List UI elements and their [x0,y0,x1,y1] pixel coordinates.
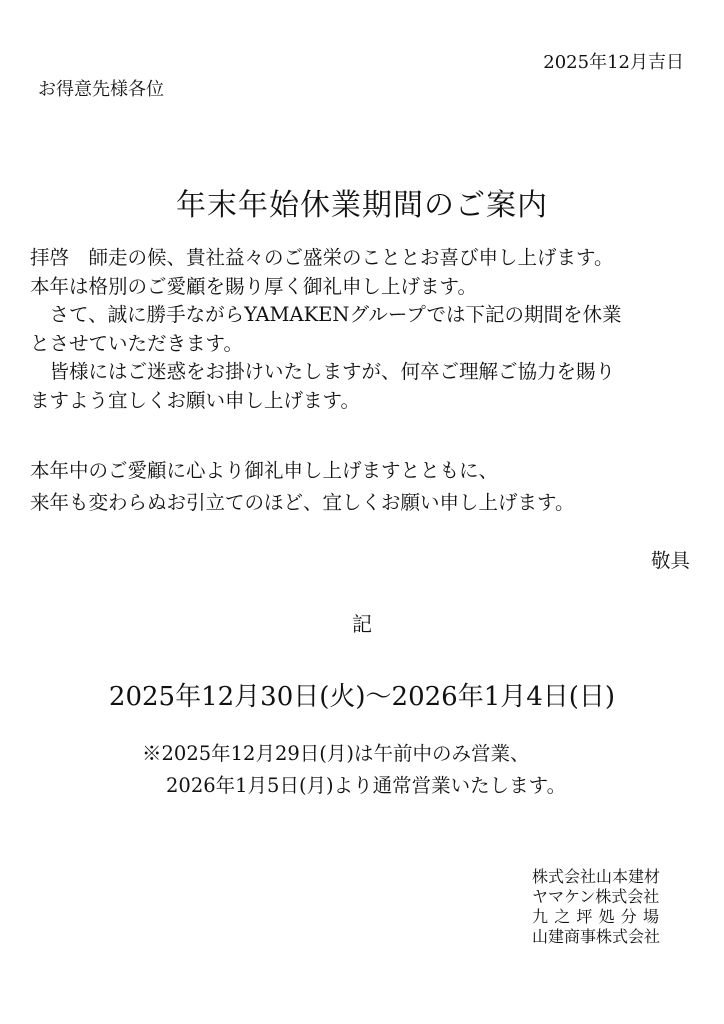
body-text: 拝啓 師走の候、貴社益々のご盛栄のこととお喜び申し上げます。 本年は格別のご愛顧… [30,244,700,415]
closing-line: 来年も変わらぬお引立てのほど、宜しくお願い申し上げます。 [30,487,700,519]
body-line: さて、誠に勝手ながらYAMAKENグループでは下記の期間を休業 [30,301,700,330]
body-line: ますよう宜しくお願い申し上げます。 [30,387,700,416]
signature-block: 株式会社山本建材 ヤマケン株式会社 九之坪処分場 山建商事株式会社 [532,867,665,947]
recipient: お得意先様各位 [38,75,164,101]
note-line: 2026年1月5日(月)より通常営業いたします。 [142,770,566,802]
body-line: 本年は格別のご愛顧を賜り厚く御礼申し上げます。 [30,273,700,302]
closing-word: 敬具 [651,545,690,573]
body-line: 皆様にはご迷惑をお掛けいたしますが、何卒ご理解ご協力を賜り [30,358,700,387]
business-note: ※2025年12月29日(月)は午前中のみ営業、 2026年1月5日(月)より通… [142,738,566,802]
ki-heading: 記 [0,608,724,637]
signatory: 九之坪処分場 [532,907,665,927]
closing-line: 本年中のご愛顧に心より御礼申し上げますとともに、 [30,455,700,487]
note-line: ※2025年12月29日(月)は午前中のみ営業、 [142,738,566,770]
body-line: 拝啓 師走の候、貴社益々のご盛栄のこととお喜び申し上げます。 [30,244,700,273]
document-date: 2025年12月吉日 [543,48,684,74]
signatory: 山建商事株式会社 [532,927,665,947]
closing-text: 本年中のご愛顧に心より御礼申し上げますとともに、 来年も変わらぬお引立てのほど、… [30,455,700,519]
holiday-period: 2025年12月30日(火)～2026年1月4日(日) [0,676,724,713]
signatory: ヤマケン株式会社 [532,887,665,907]
page-title: 年末年始休業期間のご案内 [0,180,724,224]
body-line: とさせていただきます。 [30,330,700,359]
signatory: 株式会社山本建材 [532,867,665,887]
